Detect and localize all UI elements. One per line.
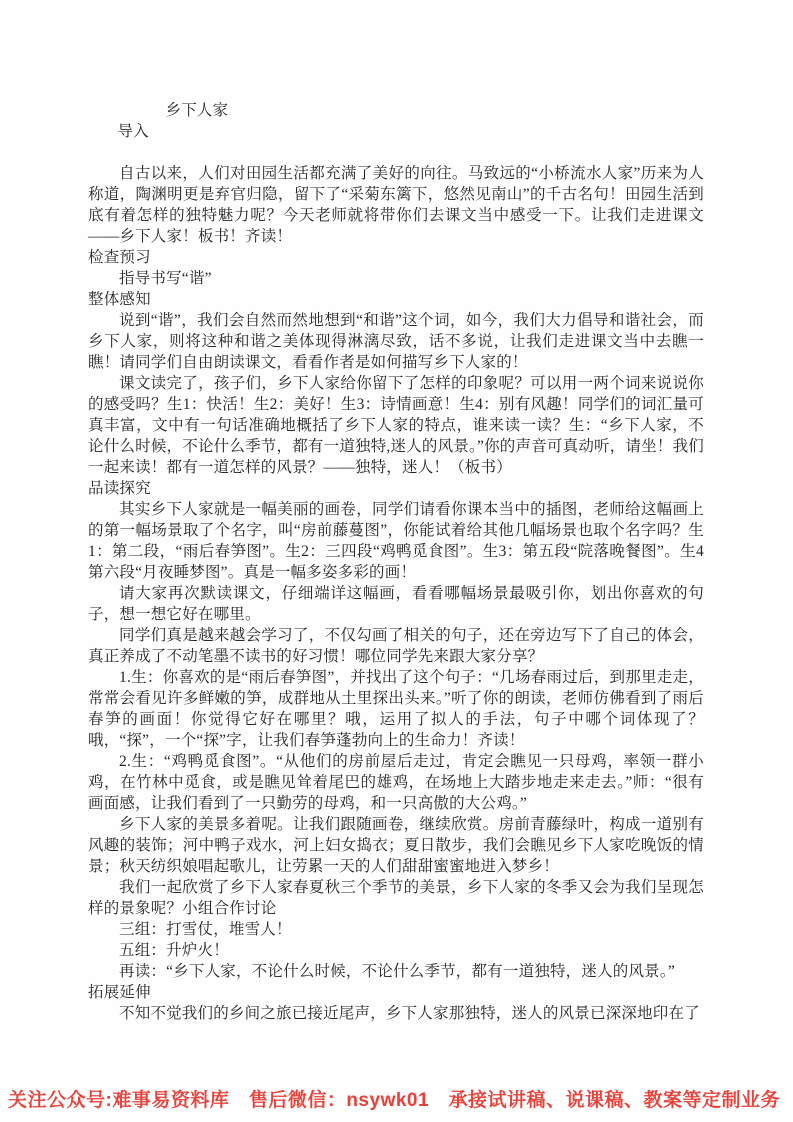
paragraph: 我们一起欣赏了乡下人家春夏秋三个季节的美景，乡下人家的冬季又会为我们呈现怎样的景… (88, 877, 704, 919)
paragraph: 乡下人家的美景多着呢。让我们跟随画卷，继续欣赏。房前青藤绿叶，构成一道别有风趣的… (88, 814, 704, 877)
paragraph: 自古以来，人们对田园生活都充满了美好的向往。马致远的“小桥流水人家”历来为人称道… (88, 163, 704, 247)
paragraph: 2.生：“鸡鸭觅食图”。“从他们的房前屋后走过，肯定会瞧见一只母鸡，率领一群小鸡… (88, 751, 704, 814)
document-body: 乡下人家导入自古以来，人们对田园生活都充满了美好的向往。马致远的“小桥流水人家”… (88, 100, 704, 1024)
paragraph: 说到“谐”，我们会自然而然地想到“和谐”这个词，如今，我们大力倡导和谐社会，而乡… (88, 310, 704, 373)
document-page: 乡下人家导入自古以来，人们对田园生活都充满了美好的向往。马致远的“小桥流水人家”… (0, 0, 793, 1122)
paragraph: 五组：升炉火！ (88, 940, 704, 961)
paragraph: 指导书写“谐” (88, 268, 704, 289)
paragraph: 1.生：你喜欢的是“雨后春笋图”，并找出了这个句子：“几场春雨过后，到那里走走，… (88, 667, 704, 751)
paragraph: 不知不觉我们的乡间之旅已接近尾声，乡下人家那独特，迷人的风景已深深地印在了 (88, 1003, 704, 1024)
promo-footer-text: 关注公众号:难事易资料库 售后微信：nsywk01 承接试讲稿、说课稿、教案等定… (8, 1089, 788, 1113)
section-header: 检查预习 (88, 247, 704, 268)
paragraph: 请大家再次默读课文，仔细端详这幅画，看看哪幅场景最吸引你，划出你喜欢的句子，想一… (88, 583, 704, 625)
paragraph: 课文读完了，孩子们，乡下人家给你留下了怎样的印象呢？可以用一两个词来说说你的感受… (88, 373, 704, 478)
doc-title: 乡下人家 (88, 100, 704, 121)
paragraph: 再读：“乡下人家，不论什么时候，不论什么季节，都有一道独特，迷人的风景。” (88, 961, 704, 982)
paragraph: 三组：打雪仗，堆雪人！ (88, 919, 704, 940)
section-header: 整体感知 (88, 289, 704, 310)
section-header: 拓展延伸 (88, 982, 704, 1003)
section-header: 导入 (88, 121, 704, 142)
section-header: 品读探究 (88, 478, 704, 499)
paragraph: 其实乡下人家就是一幅美丽的画卷，同学们请看你课本当中的插图，老师给这幅画上的第一… (88, 499, 704, 583)
paragraph: 同学们真是越来越会学习了，不仅勾画了相关的句子，还在旁边写下了自己的体会，真正养… (88, 625, 704, 667)
blank-line (88, 142, 704, 163)
